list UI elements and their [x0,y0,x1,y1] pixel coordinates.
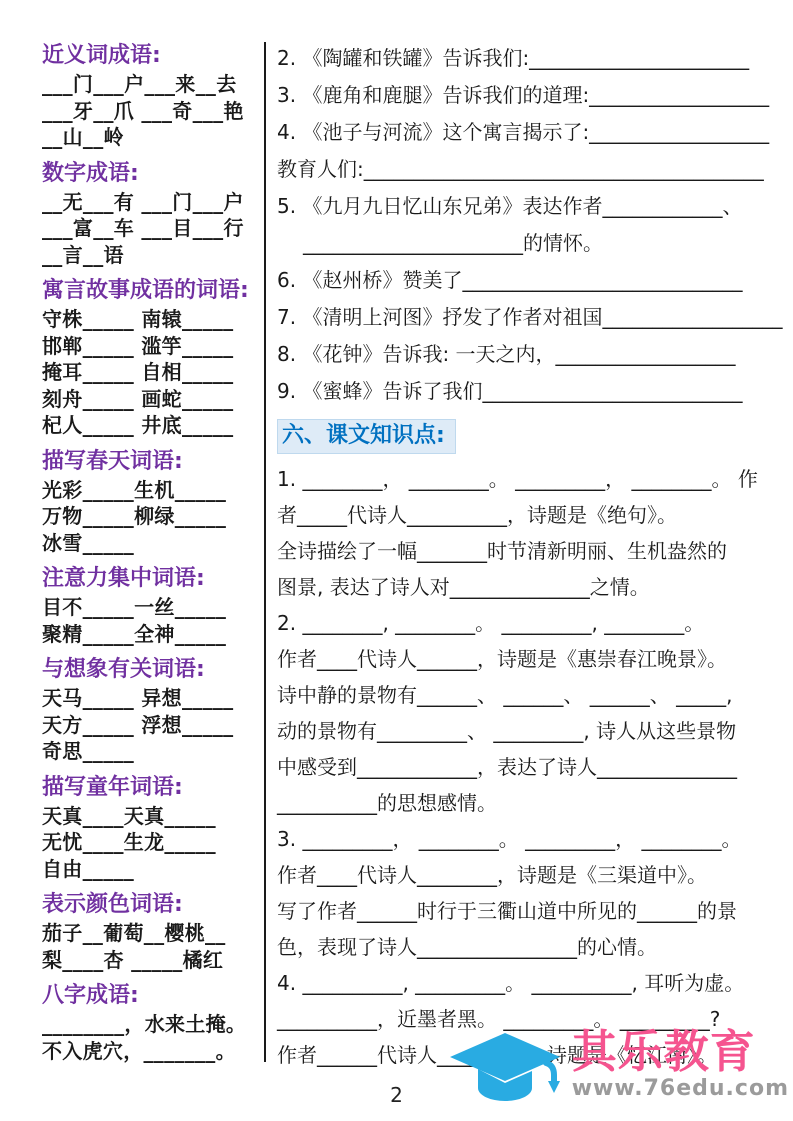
section-title: 描写春天词语: [42,448,272,475]
section-title: 八字成语: [42,982,272,1009]
question-line: 5. 《九月九日忆山东兄弟》表达作者____________、 [277,188,785,225]
question-line: 教育人们:___________________________________… [277,151,785,188]
column-divider [264,42,266,1062]
knowledge-line: 3. _________， ________。 _________， _____… [277,821,785,857]
fill-blank-line: 万物_____柳绿_____ [42,503,272,530]
section-title: 描写童年词语: [42,774,272,801]
brand-logo: 其乐教育 www.76edu.com [448,1027,789,1115]
section-imagination-words: 与想象有关词语: 天马_____ 异想_____ 天方_____ 浮想_____… [42,656,272,765]
fill-blank-line: 聚精_____全神_____ [42,621,272,648]
section-spring-words: 描写春天词语: 光彩_____生机_____ 万物_____柳绿_____ 冰雪… [42,448,272,557]
section-title: 注意力集中词语: [42,565,272,592]
knowledge-line: 4. __________, _________。 __________, 耳听… [277,965,785,1001]
fill-blank-line: 目不_____一丝_____ [42,594,272,621]
fill-blank-line: 梨____杏 _____橘红 [42,947,272,974]
fill-blank-line: 冰雪_____ [42,530,272,557]
brand-text-block: 其乐教育 www.76edu.com [572,1027,789,1101]
fill-blank-line: 自由_____ [42,856,272,883]
question-line: 3. 《鹿角和鹿腿》告诉我们的道理:__________________ [277,77,785,114]
section-title: 寓言故事成语的词语: [42,277,272,304]
question-line: 2. 《陶罐和铁罐》告诉我们:______________________ [277,40,785,77]
knowledge-line: 2. ________, ________。 _________, ______… [277,605,785,641]
brand-name: 其乐教育 [572,1027,789,1077]
section-title: 与想象有关词语: [42,656,272,683]
fill-blank-line: 天真____天真_____ [42,803,272,830]
knowledge-line: 作者____代诗人________，诗题是《三渠道中》。 [277,857,785,893]
fill-blank-line: 光彩_____生机_____ [42,477,272,504]
fill-blank-line: __无___有 ___门___户 [42,189,272,216]
knowledge-line: 全诗描绘了一幅_______时节清新明丽、生机盎然的 [277,533,785,569]
fill-blank-line: 天马_____ 异想_____ [42,685,272,712]
fill-blank-line: 刻舟_____ 画蛇_____ [42,386,272,413]
section-number-idioms: 数字成语: __无___有 ___门___户 ___富__车 ___目___行 … [42,160,272,269]
fill-blank-line: __山__岭 [42,124,272,151]
section-childhood-words: 描写童年词语: 天真____天真_____ 无忧____生龙_____ 自由__… [42,774,272,883]
worksheet-page: 近义词成语: ___门___户___来__去 ___牙__爪 ___奇___艳 … [0,0,793,1121]
fill-blank-line: 不入虎穴，_______。 [42,1038,272,1065]
section-six-heading-wrap: 六、课文知识点: [277,419,785,454]
fill-blank-line: __言__语 [42,242,272,269]
section-six-heading: 六、课文知识点: [277,419,456,454]
fill-blank-line: ___牙__爪 ___奇___艳 [42,98,272,125]
question-line: 6. 《赵州桥》赞美了____________________________ [277,262,785,299]
knowledge-line: 图景, 表达了诗人对______________之情。 [277,569,785,605]
fill-blank-line: ___富__车 ___目___行 [42,215,272,242]
question-line: 8. 《花钟》告诉我: 一天之内，__________________ [277,336,785,373]
fill-blank-line: 杞人_____ 井底_____ [42,412,272,439]
fill-blank-line: ___门___户___来__去 [42,71,272,98]
fill-blank-line: 茄子__葡萄__樱桃__ [42,920,272,947]
knowledge-line: 者_____代诗人__________，诗题是《绝句》。 [277,497,785,533]
knowledge-line: 诗中静的景物有______、 ______、 ______、 _____, [277,677,785,713]
section-eight-char-idioms: 八字成语: ________，水来土掩。 不入虎穴，_______。 [42,982,272,1064]
section-title: 数字成语: [42,160,272,187]
fill-blank-line: 奇思_____ [42,738,272,765]
section-title: 表示颜色词语: [42,891,272,918]
fill-blank-line: 无忧____生龙_____ [42,829,272,856]
question-line: 9. 《蜜蜂》告诉了我们__________________________ [277,373,785,410]
knowledge-line: 中感受到____________，表达了诗人______________ [277,749,785,785]
fill-blank-line: 掩耳_____ 自相_____ [42,359,272,386]
graduation-cap-icon [448,1031,566,1115]
section-synonym-idioms: 近义词成语: ___门___户___来__去 ___牙__爪 ___奇___艳 … [42,42,272,151]
knowledge-line: 色，表现了诗人________________的心情。 [277,929,785,965]
right-column: 2. 《陶罐和铁罐》告诉我们:______________________ 3.… [277,40,785,1073]
knowledge-line: 作者____代诗人______，诗题是《惠崇春江晚景》。 [277,641,785,677]
knowledge-line: 1. ________， ________。 _________， ______… [277,461,785,497]
knowledge-line: __________的思想感情。 [277,785,785,821]
fill-blank-line: ________，水来土掩。 [42,1011,272,1038]
fill-blank-line: 守株_____ 南辕_____ [42,306,272,333]
section-concentration-words: 注意力集中词语: 目不_____一丝_____ 聚精_____全神_____ [42,565,272,647]
section-fable-idioms: 寓言故事成语的词语: 守株_____ 南辕_____ 邯郸_____ 滥竽___… [42,277,272,439]
section-color-words: 表示颜色词语: 茄子__葡萄__樱桃__ 梨____杏 _____橘红 [42,891,272,973]
brand-website: www.76edu.com [572,1077,789,1101]
fill-blank-line: 邯郸_____ 滥竽_____ [42,333,272,360]
knowledge-line: 写了作者______时行于三衢山道中所见的______的景 [277,893,785,929]
section-title: 近义词成语: [42,42,272,69]
question-line: 7. 《清明上河图》抒发了作者对祖国__________________ [277,299,785,336]
question-line: ______________________的情怀。 [277,225,785,262]
fill-blank-line: 天方_____ 浮想_____ [42,712,272,739]
question-line: 4. 《池子与河流》这个寓言揭示了:__________________ [277,114,785,151]
left-column: 近义词成语: ___门___户___来__去 ___牙__爪 ___奇___艳 … [42,40,272,1064]
knowledge-line: 动的景物有_________、 _________, 诗人从这些景物 [277,713,785,749]
